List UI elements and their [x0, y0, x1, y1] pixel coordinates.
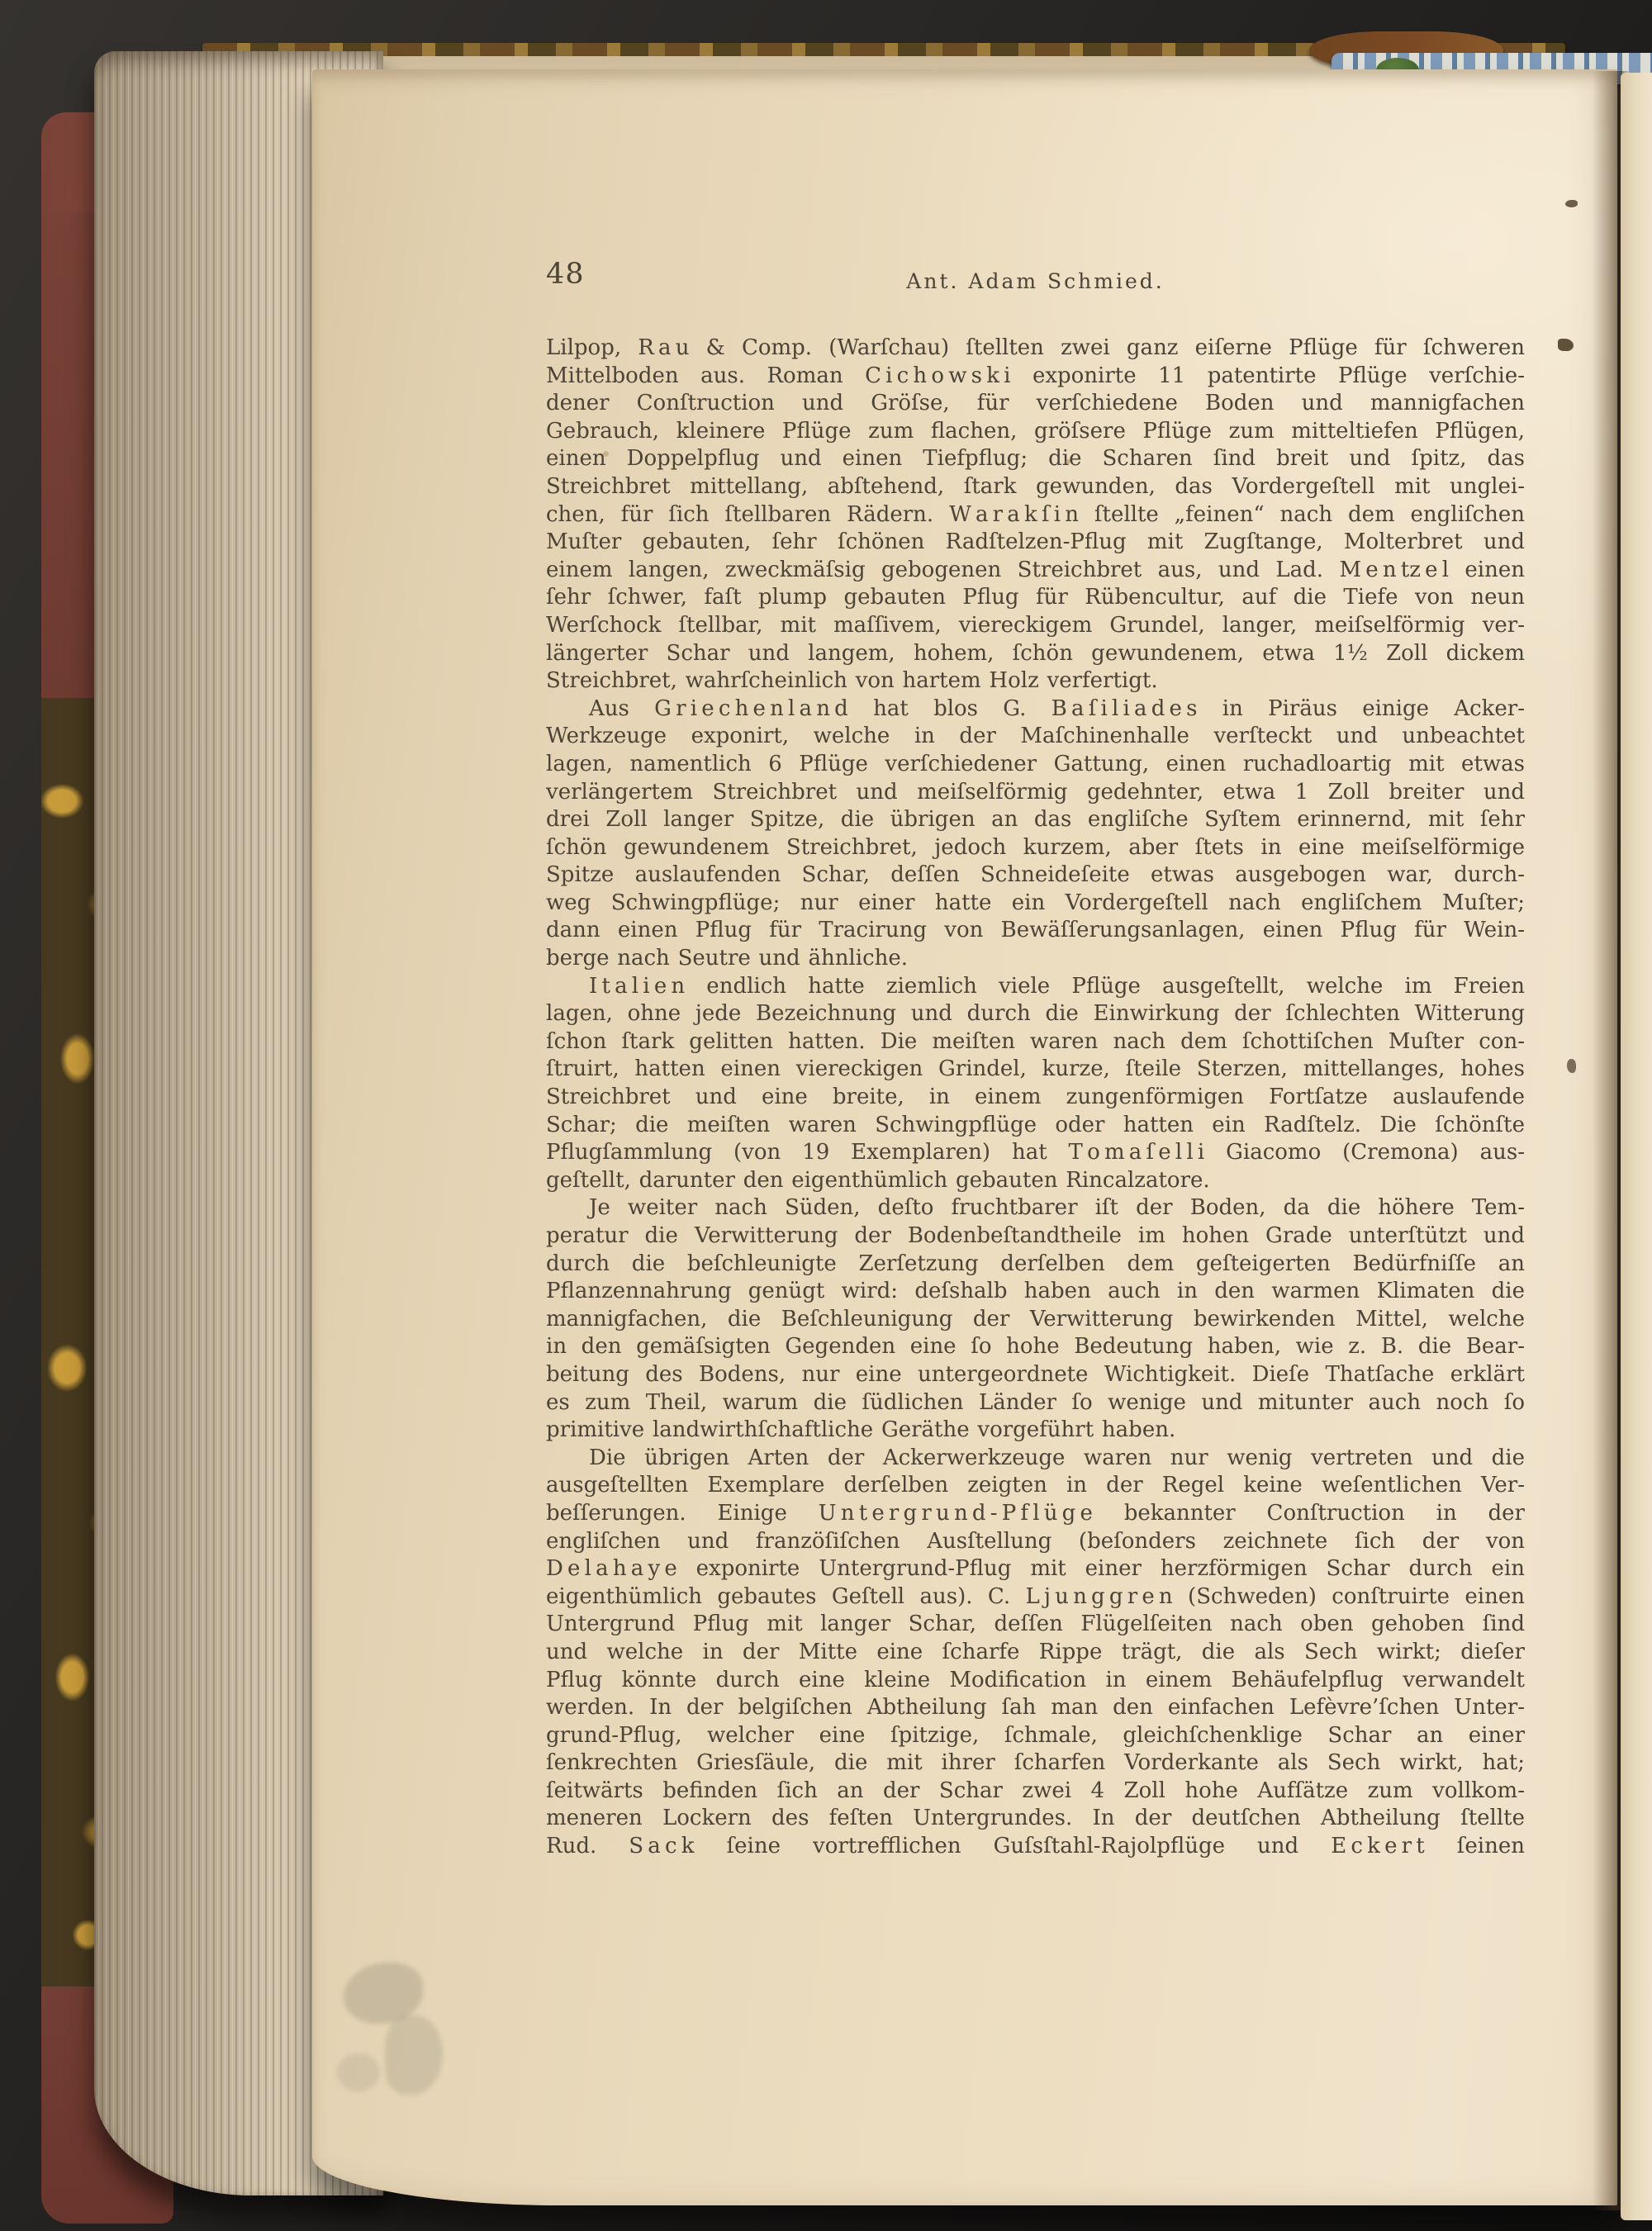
book-page: 48 Ant. Adam Schmied. Lilpop, R a u & Co…: [312, 69, 1617, 2205]
text-line: Spitze auslaufenden Schar, deſſen Schnei…: [546, 862, 1525, 890]
text-line: einen Doppelpflug und einen Tiefpflug; d…: [546, 445, 1525, 473]
text-line: werden. In der belgiſchen Abtheilung ſah…: [546, 1694, 1525, 1722]
text-line: beitung des Bodens, nur eine untergeordn…: [546, 1361, 1525, 1389]
text-line: drei Zoll langer Spitze, die übrigen an …: [546, 806, 1525, 834]
text-line: weg Schwingpflüge; nur einer hatte ein V…: [546, 890, 1525, 918]
paragraph: Aus G r i e c h e n l a n d hat blos G. …: [546, 695, 1525, 973]
text-line: ſchön gewundenem Streichbret, jedoch kur…: [546, 834, 1525, 862]
text-line: ſchon ſtark gelitten hatten. Die meiſten…: [546, 1028, 1525, 1056]
text-line: einem langen, zweckmäſsig gebogenen Stre…: [546, 557, 1525, 585]
page-flaw-speck: [1565, 200, 1578, 207]
text-line: beſſerungen. Einige U n t e r g r u n d …: [546, 1500, 1525, 1528]
text-line: Werſchock ſtellbar, mit maſſivem, vierec…: [546, 612, 1525, 640]
text-line: berge nach Seutre und ähnliche.: [546, 945, 1525, 973]
text-line: Mittelboden aus. Roman C i c h o w s k i…: [546, 363, 1525, 391]
text-line: Untergrund Pflug mit langer Schar, deſſe…: [546, 1611, 1525, 1639]
text-line: grund-Pflug, welcher eine ſpitzige, ſchm…: [546, 1722, 1525, 1750]
text-line: ſtruirt, hatten einen viereckigen Grinde…: [546, 1056, 1525, 1084]
text-line: es zum Theil, warum die ſüdlichen Länder…: [546, 1389, 1525, 1417]
text-line: längerter Schar und langem, hohem, ſchön…: [546, 640, 1525, 668]
text-line: ausgeſtellten Exemplare derſelben zeigte…: [546, 1472, 1525, 1500]
text-line: Pflugſammlung (von 19 Exemplaren) hat T …: [546, 1139, 1525, 1167]
paragraph: Die übrigen Arten der Ackerwerkzeuge war…: [546, 1445, 1525, 1861]
running-head: Ant. Adam Schmied.: [546, 269, 1525, 293]
text-line: durch die beſchleunigte Zerſetzung derſe…: [546, 1251, 1525, 1279]
text-line: verlängertem Streichbret und meiſselförm…: [546, 779, 1525, 807]
text-line: dener Conſtruction und Gröſse, für verſc…: [546, 390, 1525, 418]
text-line: Pflanzennahrung genügt wird: deſshalb ha…: [546, 1278, 1525, 1306]
text-line: ſeitwärts befinden ſich an der Schar zwe…: [546, 1778, 1525, 1806]
text-line: Rud. S a c k ſeine vortrefflichen Guſsſt…: [546, 1833, 1525, 1861]
paper-fleck: [603, 451, 609, 457]
text-line: meneren Lockern des feſten Untergrundes.…: [546, 1805, 1525, 1833]
text-line: Werkzeuge exponirt, welche in der Maſchi…: [546, 723, 1525, 751]
text-line: dann einen Pflug für Tracirung von Bewäſ…: [546, 917, 1525, 945]
text-line: geſtellt, darunter den eigenthümlich geb…: [546, 1167, 1525, 1195]
text-line: Die übrigen Arten der Ackerwerkzeuge war…: [546, 1445, 1525, 1473]
paragraph: Je weiter nach Süden, deſto fruchtbarer …: [546, 1194, 1525, 1444]
paper-fleck: [1066, 459, 1070, 464]
text-line: Streichbret und eine breite, in einem zu…: [546, 1084, 1525, 1112]
text-block: Lilpop, R a u & Comp. (Warſchau) ſtellte…: [546, 335, 1525, 1861]
page-flaw-speck: [1558, 339, 1574, 351]
text-line: lagen, ohne jede Bezeichnung und durch d…: [546, 1000, 1525, 1028]
text-line: peratur die Verwitterung der Bodenbeſtan…: [546, 1222, 1525, 1251]
text-line: Aus G r i e c h e n l a n d hat blos G. …: [546, 695, 1525, 724]
paragraph: I t a l i e n endlich hatte ziemlich vie…: [546, 973, 1525, 1195]
facing-page-sliver: [1621, 73, 1652, 2220]
page-flaw-speck: [1567, 1059, 1576, 1073]
text-line: primitive landwirthſchaftliche Geräthe v…: [546, 1417, 1525, 1445]
page-stain: [385, 2015, 443, 2095]
text-line: und welche in der Mitte eine ſcharfe Rip…: [546, 1639, 1525, 1667]
text-line: Muſter gebauten, ſehr ſchönen Radſtelzen…: [546, 529, 1525, 557]
page-stain: [337, 2053, 380, 2091]
text-line: Je weiter nach Süden, deſto fruchtbarer …: [546, 1194, 1525, 1222]
book-photo: 48 Ant. Adam Schmied. Lilpop, R a u & Co…: [0, 0, 1652, 2231]
text-line: Pflug könnte durch eine kleine Modificat…: [546, 1667, 1525, 1695]
text-line: I t a l i e n endlich hatte ziemlich vie…: [546, 973, 1525, 1001]
text-line: Gebrauch, kleinere Pflüge zum flachen, g…: [546, 418, 1525, 446]
text-line: Schar; die meiſten waren Schwingpflüge o…: [546, 1112, 1525, 1140]
text-line: eigenthümlich gebautes Geſtell aus). C. …: [546, 1583, 1525, 1612]
text-line: Streichbret, wahrſcheinlich von hartem H…: [546, 667, 1525, 695]
text-line: in den gemäſsigten Gegenden eine ſo hohe…: [546, 1333, 1525, 1361]
paragraph: Lilpop, R a u & Comp. (Warſchau) ſtellte…: [546, 335, 1525, 695]
text-line: Streichbret mittellang, abſtehend, ſtark…: [546, 473, 1525, 501]
text-line: ſenkrechten Griesſäule, die mit ihrer ſc…: [546, 1749, 1525, 1778]
text-line: mannigfachen, die Beſchleunigung der Ver…: [546, 1306, 1525, 1334]
page-stain: [344, 1963, 423, 2024]
text-line: lagen, namentlich 6 Pflüge verſchiedener…: [546, 751, 1525, 779]
text-line: D e l a h a y e exponirte Untergrund-Pfl…: [546, 1555, 1525, 1583]
text-line: Lilpop, R a u & Comp. (Warſchau) ſtellte…: [546, 335, 1525, 363]
text-line: engliſchen und franzöſiſchen Ausſtellung…: [546, 1528, 1525, 1556]
text-line: ſehr ſchwer, faſt plump gebauten Pflug f…: [546, 584, 1525, 612]
text-line: chen, für ſich ſtellbaren Rädern. W a r …: [546, 501, 1525, 529]
